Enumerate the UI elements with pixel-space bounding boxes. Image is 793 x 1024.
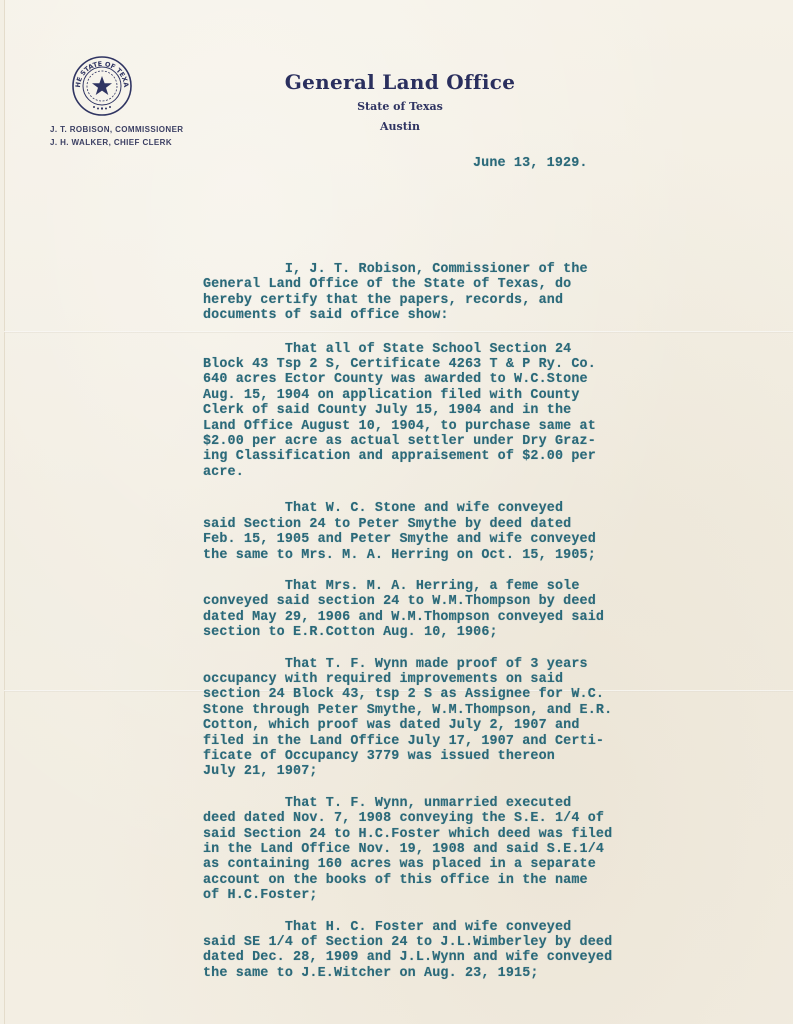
paragraph-line: Aug. 15, 1904 on application filed with … xyxy=(203,388,673,403)
paragraph-line: the same to J.E.Witcher on Aug. 23, 1915… xyxy=(203,966,673,981)
paragraph-line: That H. C. Foster and wife conveyed xyxy=(203,920,673,935)
texas-state-seal-icon: THE STATE OF TEXAS xyxy=(71,55,133,117)
paragraph-line: as containing 160 acres was placed in a … xyxy=(203,857,673,872)
paragraph-line: July 21, 1907; xyxy=(203,764,673,779)
paragraph-line: Feb. 15, 1905 and Peter Smythe and wife … xyxy=(203,532,673,547)
paragraph: That Mrs. M. A. Herring, a feme soleconv… xyxy=(203,579,673,641)
paragraph-line: said Section 24 to Peter Smythe by deed … xyxy=(203,517,673,532)
paragraph-line: of H.C.Foster; xyxy=(203,888,673,903)
paragraph-line: in the Land Office Nov. 19, 1908 and sai… xyxy=(203,842,673,857)
paragraph-line: I, J. T. Robison, Commissioner of the xyxy=(203,262,673,277)
paragraph-line: documents of said office show: xyxy=(203,308,673,323)
paragraph-line: the same to Mrs. M. A. Herring on Oct. 1… xyxy=(203,548,673,563)
state-line: State of Texas xyxy=(282,100,518,113)
paragraph-line: ficate of Occupancy 3779 was issued ther… xyxy=(203,749,673,764)
paragraph: That all of State School Section 24Block… xyxy=(203,342,673,481)
paragraph-line: That T. F. Wynn, unmarried executed xyxy=(203,796,673,811)
paragraph-line: filed in the Land Office July 17, 1907 a… xyxy=(203,734,673,749)
paragraph-line: hereby certify that the papers, records,… xyxy=(203,293,673,308)
paragraph-line: Cotton, which proof was dated July 2, 19… xyxy=(203,718,673,733)
paragraph: I, J. T. Robison, Commissioner of theGen… xyxy=(203,262,673,324)
paragraph-line: dated Dec. 28, 1909 and J.L.Wynn and wif… xyxy=(203,950,673,965)
certificate-body: I, J. T. Robison, Commissioner of theGen… xyxy=(203,262,673,997)
paragraph-line: That W. C. Stone and wife conveyed xyxy=(203,501,673,516)
paragraph-line: account on the books of this office in t… xyxy=(203,873,673,888)
paragraph-line: That all of State School Section 24 xyxy=(203,342,673,357)
paragraph-line: Clerk of said County July 15, 1904 and i… xyxy=(203,403,673,418)
paragraph-line: deed dated Nov. 7, 1908 conveying the S.… xyxy=(203,811,673,826)
paragraph-line: occupancy with required improvements on … xyxy=(203,672,673,687)
commissioner-name: J. T. ROBISON, COMMISSIONER xyxy=(50,123,183,136)
paragraph-line: acre. xyxy=(203,465,673,480)
paragraph-line: conveyed said section 24 to W.M.Thompson… xyxy=(203,594,673,609)
paragraph-line: ing Classification and appraisement of $… xyxy=(203,449,673,464)
office-name: General Land Office xyxy=(282,70,518,94)
paragraph-line: section 24 Block 43, tsp 2 S as Assignee… xyxy=(203,687,673,702)
paragraph: That W. C. Stone and wife conveyedsaid S… xyxy=(203,501,673,563)
paragraph-line: Stone through Peter Smythe, W.M.Thompson… xyxy=(203,703,673,718)
paragraph-line: section to E.R.Cotton Aug. 10, 1906; xyxy=(203,625,673,640)
paragraph: That T. F. Wynn made proof of 3 yearsocc… xyxy=(203,657,673,780)
letter-date: June 13, 1929. xyxy=(473,156,588,171)
paragraph-line: General Land Office of the State of Texa… xyxy=(203,277,673,292)
officials-list: J. T. ROBISON, COMMISSIONER J. H. WALKER… xyxy=(50,123,183,149)
paragraph-line: That T. F. Wynn made proof of 3 years xyxy=(203,657,673,672)
paragraph-line: said Section 24 to H.C.Foster which deed… xyxy=(203,827,673,842)
city-line: Austin xyxy=(282,120,518,133)
paragraph-line: dated May 29, 1906 and W.M.Thompson conv… xyxy=(203,610,673,625)
paragraph-line: said SE 1/4 of Section 24 to J.L.Wimberl… xyxy=(203,935,673,950)
paragraph-line: That Mrs. M. A. Herring, a feme sole xyxy=(203,579,673,594)
paragraph: That T. F. Wynn, unmarried executeddeed … xyxy=(203,796,673,904)
paragraph: That H. C. Foster and wife conveyedsaid … xyxy=(203,920,673,982)
paragraph-line: $2.00 per acre as actual settler under D… xyxy=(203,434,673,449)
chief-clerk-name: J. H. WALKER, CHIEF CLERK xyxy=(50,136,183,149)
paragraph-line: Block 43 Tsp 2 S, Certificate 4263 T & P… xyxy=(203,357,673,372)
paragraph-line: 640 acres Ector County was awarded to W.… xyxy=(203,372,673,387)
paragraph-line: Land Office August 10, 1904, to purchase… xyxy=(203,419,673,434)
